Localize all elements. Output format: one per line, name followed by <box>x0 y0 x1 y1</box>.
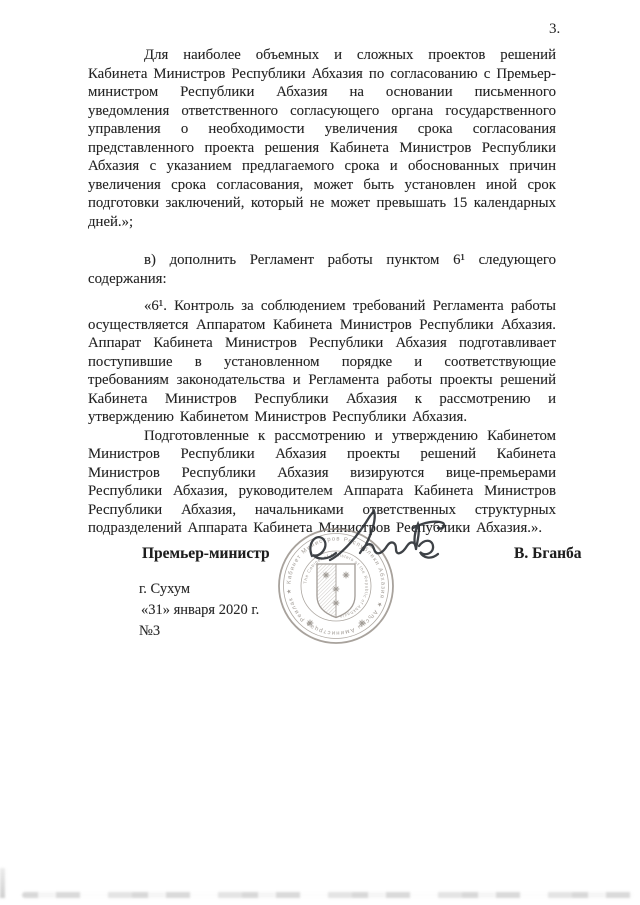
signer-title: Премьер-министр <box>142 545 270 563</box>
scan-artifact-bottom <box>22 892 634 898</box>
scan-artifact-left-edge <box>0 868 5 898</box>
paragraph-amendment-item-v: в) дополнить Регламент работы пунктом 6¹… <box>88 251 556 288</box>
document-number: №3 <box>139 623 160 640</box>
paragraph-point-6-1: «6¹. Контроль за соблюдением требований … <box>88 297 556 427</box>
document-city: г. Сухум <box>139 581 190 598</box>
page-number: 3. <box>549 21 560 38</box>
document-page: 3. Для наиболее объемных и сложных проек… <box>0 0 640 905</box>
document-body: Для наиболее объемных и сложных проектов… <box>88 46 556 538</box>
paragraph-deadline-extension: Для наиболее объемных и сложных проектов… <box>88 46 556 231</box>
signer-name: В. Бганба <box>514 545 582 563</box>
document-date: «31» января 2020 г. <box>141 602 259 619</box>
handwritten-signature <box>300 496 455 576</box>
